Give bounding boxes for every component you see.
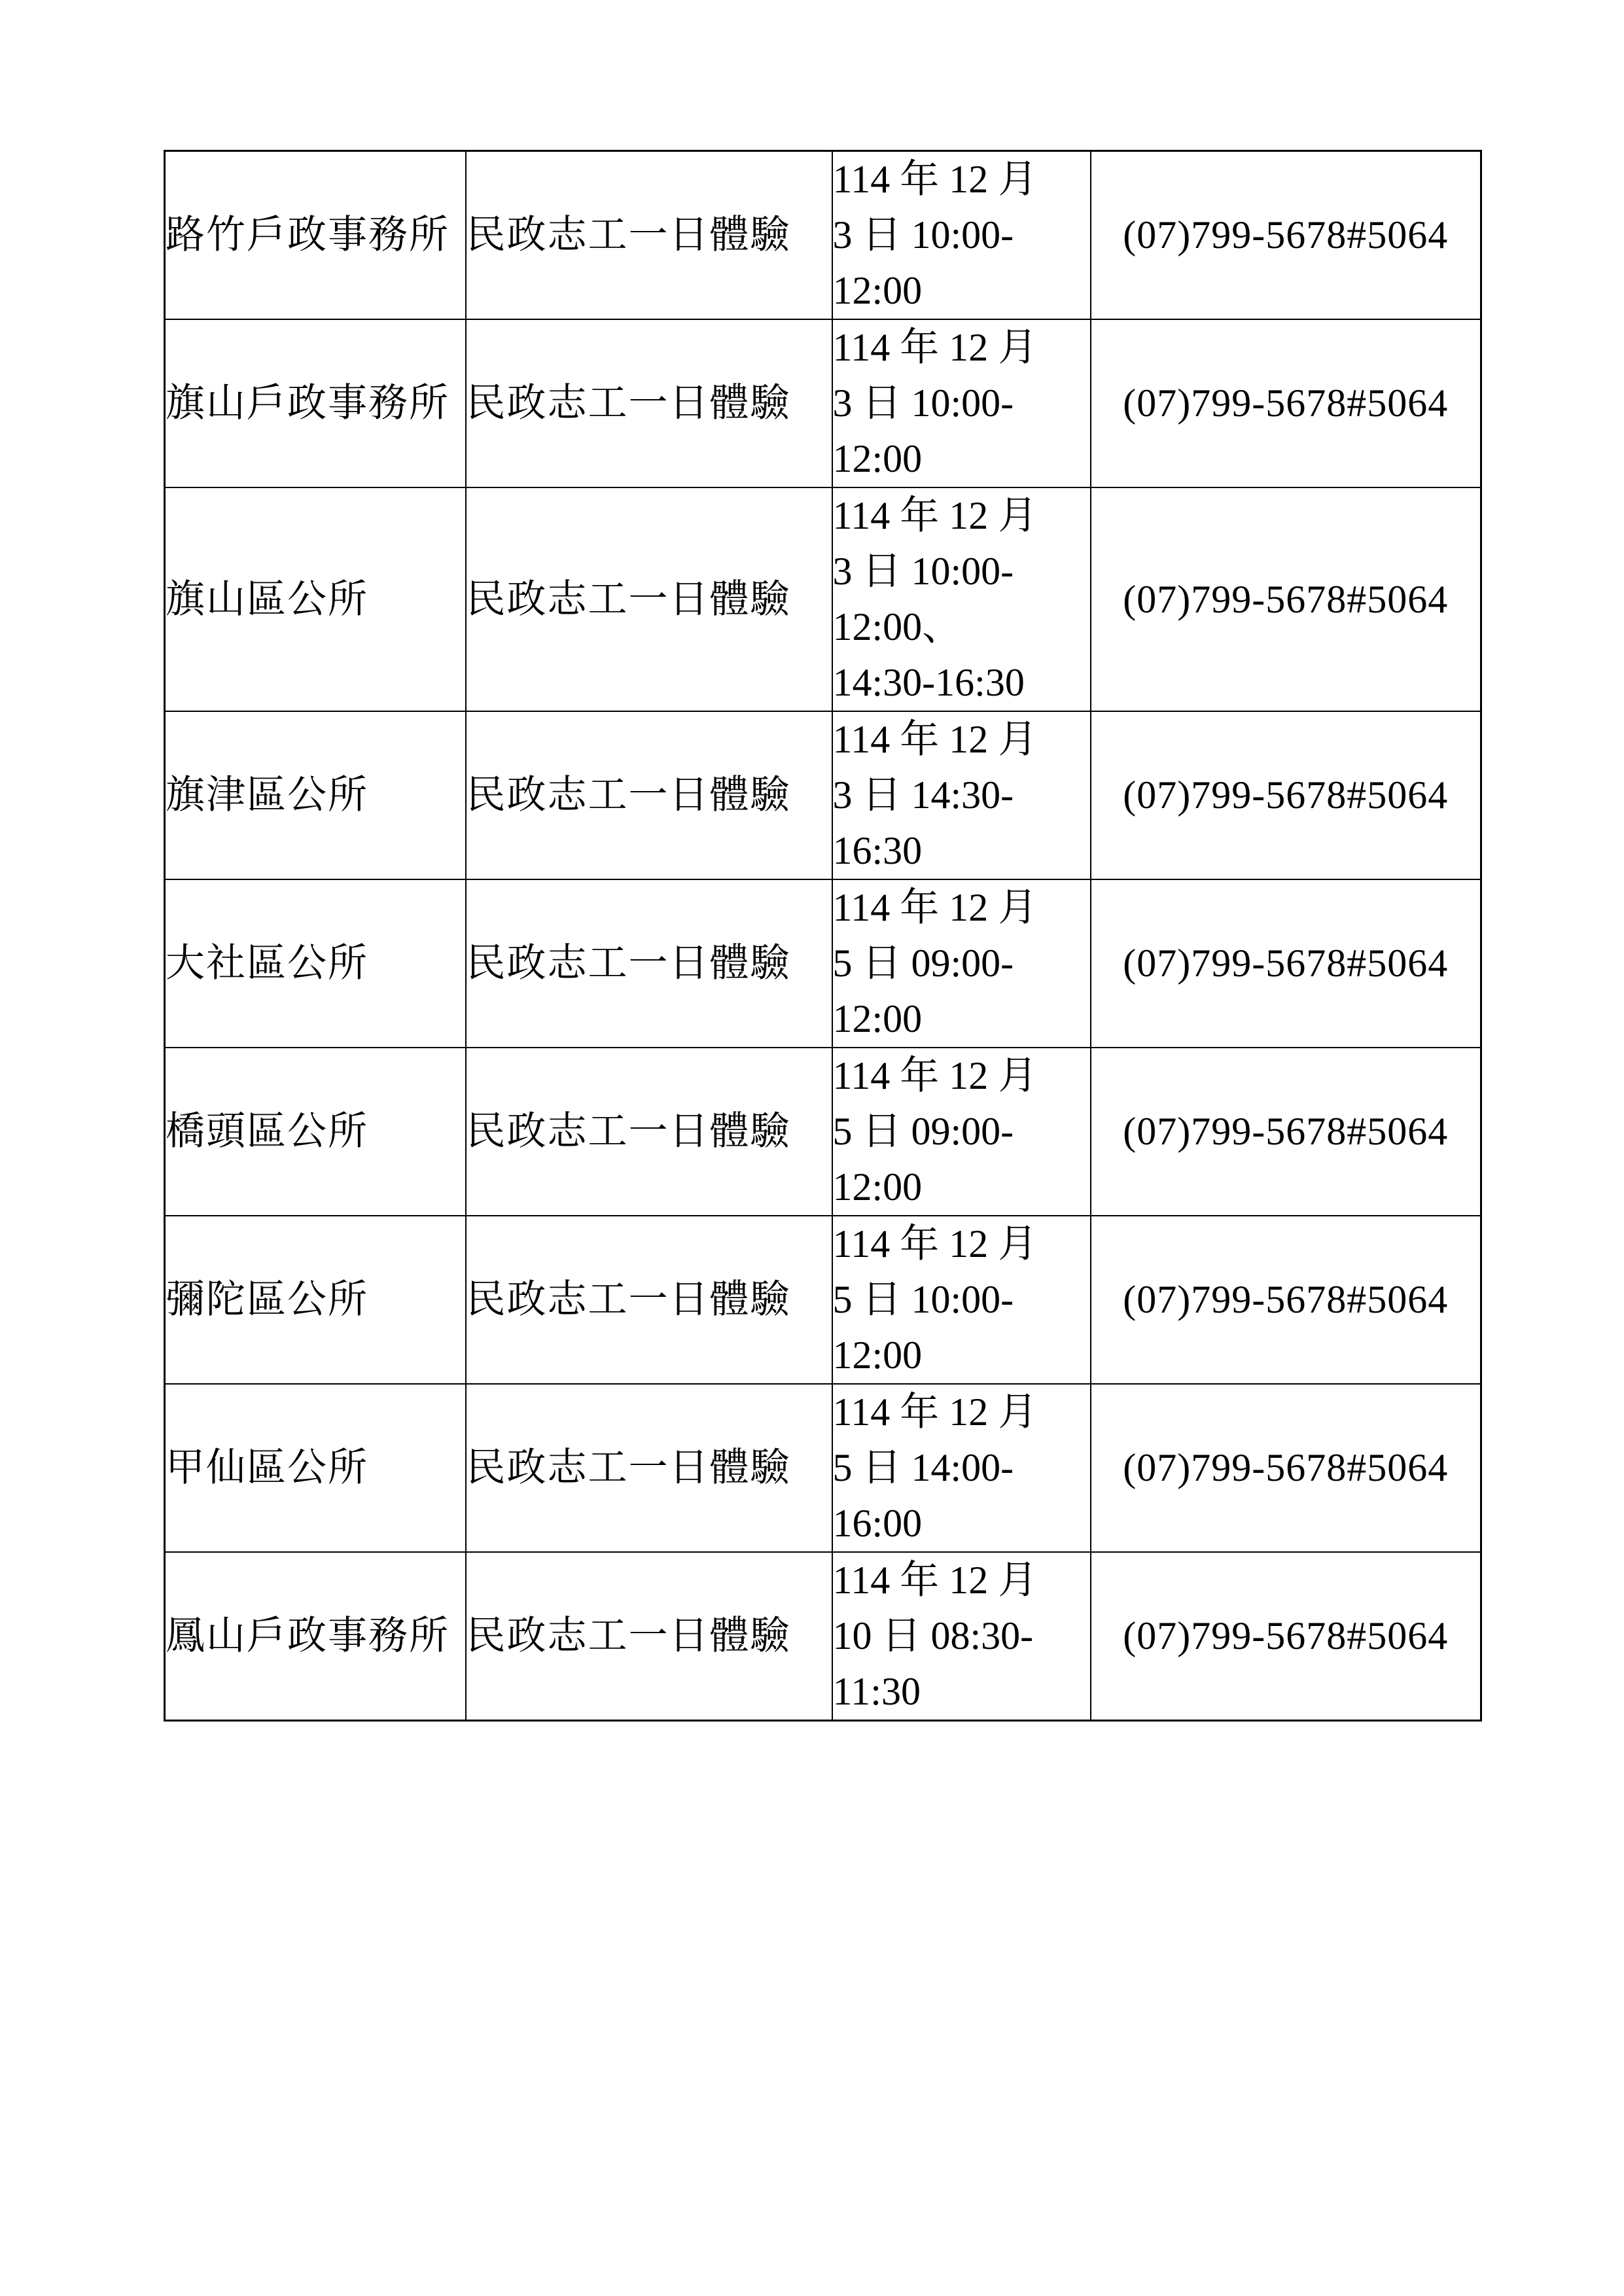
- phone-cell: (07)799-5678#5064: [1091, 711, 1481, 879]
- datetime-cell: 114 年 12 月 5 日 10:00- 12:00: [832, 1216, 1091, 1384]
- activity-cell: 民政志工一日體驗: [466, 1384, 832, 1552]
- phone-cell: (07)799-5678#5064: [1091, 1552, 1481, 1721]
- table-row: 大社區公所 民政志工一日體驗 114 年 12 月 5 日 09:00- 12:…: [165, 879, 1481, 1048]
- table-row: 路竹戶政事務所 民政志工一日體驗 114 年 12 月 3 日 10:00- 1…: [165, 151, 1481, 320]
- activity-cell: 民政志工一日體驗: [466, 1216, 832, 1384]
- office-cell: 甲仙區公所: [165, 1384, 466, 1552]
- table-row: 旗津區公所 民政志工一日體驗 114 年 12 月 3 日 14:30- 16:…: [165, 711, 1481, 879]
- table-row: 旗山戶政事務所 民政志工一日體驗 114 年 12 月 3 日 10:00- 1…: [165, 319, 1481, 487]
- phone-cell: (07)799-5678#5064: [1091, 319, 1481, 487]
- datetime-cell: 114 年 12 月 3 日 10:00- 12:00、 14:30-16:30: [832, 487, 1091, 711]
- datetime-cell: 114 年 12 月 3 日 10:00- 12:00: [832, 319, 1091, 487]
- table-row: 鳳山戶政事務所 民政志工一日體驗 114 年 12 月 10 日 08:30- …: [165, 1552, 1481, 1721]
- office-cell: 鳳山戶政事務所: [165, 1552, 466, 1721]
- phone-cell: (07)799-5678#5064: [1091, 487, 1481, 711]
- table-row: 彌陀區公所 民政志工一日體驗 114 年 12 月 5 日 10:00- 12:…: [165, 1216, 1481, 1384]
- office-cell: 橋頭區公所: [165, 1048, 466, 1216]
- phone-cell: (07)799-5678#5064: [1091, 1048, 1481, 1216]
- datetime-cell: 114 年 12 月 3 日 10:00- 12:00: [832, 151, 1091, 320]
- activity-cell: 民政志工一日體驗: [466, 711, 832, 879]
- office-cell: 大社區公所: [165, 879, 466, 1048]
- schedule-table: 路竹戶政事務所 民政志工一日體驗 114 年 12 月 3 日 10:00- 1…: [164, 150, 1482, 1722]
- phone-cell: (07)799-5678#5064: [1091, 1216, 1481, 1384]
- document-page: 路竹戶政事務所 民政志工一日體驗 114 年 12 月 3 日 10:00- 1…: [0, 0, 1624, 2296]
- activity-cell: 民政志工一日體驗: [466, 879, 832, 1048]
- office-cell: 路竹戶政事務所: [165, 151, 466, 320]
- table-row: 甲仙區公所 民政志工一日體驗 114 年 12 月 5 日 14:00- 16:…: [165, 1384, 1481, 1552]
- activity-cell: 民政志工一日體驗: [466, 1048, 832, 1216]
- activity-cell: 民政志工一日體驗: [466, 319, 832, 487]
- datetime-cell: 114 年 12 月 5 日 14:00- 16:00: [832, 1384, 1091, 1552]
- activity-cell: 民政志工一日體驗: [466, 487, 832, 711]
- table-row: 橋頭區公所 民政志工一日體驗 114 年 12 月 5 日 09:00- 12:…: [165, 1048, 1481, 1216]
- datetime-cell: 114 年 12 月 5 日 09:00- 12:00: [832, 879, 1091, 1048]
- activity-cell: 民政志工一日體驗: [466, 151, 832, 320]
- datetime-cell: 114 年 12 月 5 日 09:00- 12:00: [832, 1048, 1091, 1216]
- office-cell: 彌陀區公所: [165, 1216, 466, 1384]
- phone-cell: (07)799-5678#5064: [1091, 151, 1481, 320]
- activity-cell: 民政志工一日體驗: [466, 1552, 832, 1721]
- phone-cell: (07)799-5678#5064: [1091, 1384, 1481, 1552]
- datetime-cell: 114 年 12 月 10 日 08:30- 11:30: [832, 1552, 1091, 1721]
- phone-cell: (07)799-5678#5064: [1091, 879, 1481, 1048]
- table-row: 旗山區公所 民政志工一日體驗 114 年 12 月 3 日 10:00- 12:…: [165, 487, 1481, 711]
- office-cell: 旗津區公所: [165, 711, 466, 879]
- office-cell: 旗山戶政事務所: [165, 319, 466, 487]
- datetime-cell: 114 年 12 月 3 日 14:30- 16:30: [832, 711, 1091, 879]
- office-cell: 旗山區公所: [165, 487, 466, 711]
